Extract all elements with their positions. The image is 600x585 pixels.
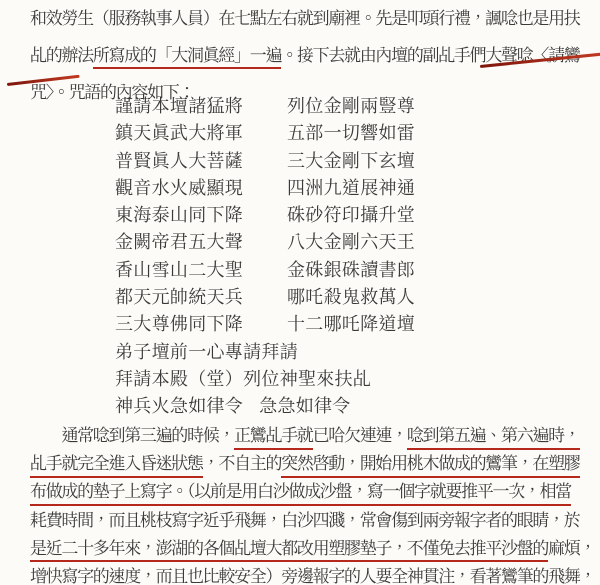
text-line: 布做成的墊子上寫字。（以前是用白沙做成沙盤，寫一個字就要推平一次，相當 [30,478,595,506]
plain-text: 和效勞生（服務執事人員）在七點左右就到廟裡。先是叩頭行禮，諷唸也是用扶 [30,9,580,29]
couplet-right: 硃砂符印攝升堂 [287,205,415,226]
couplet-right: 十二哪吒降道壇 [287,314,415,335]
red-underlined-phrase: 乩手就完全進入昏迷狀態 [30,454,203,478]
couplet-left: 金闕帝君五大聲 [115,229,287,256]
plain-text: 已哈欠連連， [313,426,407,446]
plain-text: 拜請本殿（堂）列位神聖來扶乩 [115,369,371,390]
plain-text: 。接下去就由內壇的副乩手們大聲唸〈請鸞 [281,46,579,66]
couplet-left: 三大尊佛同下降 [115,311,287,338]
text-line: 通常唸到第三遍的時候，正鸞乩手就已哈欠連連，唸到第五遍、第六遍時， [30,422,595,450]
chant-closing-line: 弟子壇前一心專請拜請 [115,339,415,366]
couplet-row: 金闕帝君五大聲八大金剛六天王 [115,229,415,256]
plain-text: 的飛舞， [532,567,595,585]
couplet-row: 香山雪山二大聖金硃銀硃讀書郎 [115,257,415,284]
red-underlined-phrase: 突然啓動，開始用桃木做成的鸞筆，在塑膠 [281,454,579,478]
chant-verse-block: 謹請本壇諸猛將列位金剛兩豎尊 鎮天眞武大將軍五部一切響如雷 普賢眞人大菩薩三大金… [115,93,415,421]
red-underlined-phrase: 旁邊報字的人要全神貫注 [281,567,454,585]
couplet-left: 觀音水火威顯現 [115,175,287,202]
plain-text: 增快寫字的速度，而且也比較安全） [30,567,281,585]
text-line: 乩的辦法所寫成的「大洞眞經」一遍。接下去就由內壇的副乩手們大聲唸〈請鸞 [30,38,580,75]
couplet-right: 列位金剛兩豎尊 [287,96,415,117]
couplet-left: 香山雪山二大聖 [115,257,287,284]
couplet-row: 東海泰山同下降硃砂符印攝升堂 [115,202,415,229]
plain-text: 急急如律令 [259,393,351,420]
couplet-left: 鎮天眞武大將軍 [115,120,287,147]
red-underlined-phrase: 是近二十多年來，澎湖的各個乩壇大都改用塑膠墊子，不僅免去推平沙盤的 [30,539,548,563]
couplet-row: 觀音水火威顯現四洲九道展神通 [115,175,415,202]
text-line: 耗費時間，而且桃枝寫字近乎飛舞，白沙四濺，常會傷到兩旁報字者的眼睛，於 [30,507,595,535]
couplet-row: 都天元帥統天兵哪吒殺鬼救萬人 [115,284,415,311]
couplet-left: 謹請本壇諸猛將 [115,93,287,120]
plain-text: 神兵火急如律令 [115,396,243,417]
text-line: 乩手就完全進入昏迷狀態，不自主的突然啓動，開始用桃木做成的鸞筆，在塑膠 [30,450,595,478]
couplet-right: 金硃銀硃讀書郎 [287,260,415,281]
red-underlined-phrase: 唸到第五遍、第六遍時， [407,426,580,450]
couplet-left: 普賢眞人大菩薩 [115,148,287,175]
red-underlined-phrase: 看著鸞筆 [470,567,533,585]
closing-paragraph: 通常唸到第三遍的時候，正鸞乩手就已哈欠連連，唸到第五遍、第六遍時， 乩手就完全進… [30,422,595,585]
couplet-row: 謹請本壇諸猛將列位金剛兩豎尊 [115,93,415,120]
couplet-right: 五部一切響如雷 [287,123,415,144]
couplet-right: 四洲九道展神通 [287,178,415,199]
plain-text: ， [454,567,470,585]
couplet-right: 三大金剛下玄壇 [287,151,415,172]
red-underlined-phrase: 布做成的墊子上寫字。（以前是用白沙做成沙盤，寫一個字就要推平一次，相當 [30,482,571,506]
text-line: 增快寫字的速度，而且也比較安全）旁邊報字的人要全神貫注，看著鸞筆的飛舞， [30,563,595,585]
text-line: 是近二十多年來，澎湖的各個乩壇大都改用塑膠墊子，不僅免去推平沙盤的麻煩， [30,535,595,563]
plain-text: ，不自主的 [203,454,282,474]
couplet-left: 東海泰山同下降 [115,202,287,229]
couplet-right: 八大金剛六天王 [287,232,415,253]
red-underlined-phrase: 正鸞乩手就 [234,426,313,450]
plain-text: 耗費時間，而且桃枝寫字近乎飛舞，白沙四濺，常會傷到兩旁報字者的眼睛，於 [30,511,580,531]
text-line: 和效勞生（服務執事人員）在七點左右就到廟裡。先是叩頭行禮，諷唸也是用扶 [30,1,580,38]
couplet-row: 鎮天眞武大將軍五部一切響如雷 [115,120,415,147]
plain-text: 麻煩， [548,539,595,559]
document-page: 和效勞生（服務執事人員）在七點左右就到廟裡。先是叩頭行禮，諷唸也是用扶 乩的辦法… [0,0,600,585]
red-underlined-phrase: 所寫成的「大洞眞經」一遍 [93,46,281,70]
chant-closing-line: 拜請本殿（堂）列位神聖來扶乩 [115,366,415,393]
couplet-right: 哪吒殺鬼救萬人 [287,287,415,308]
couplet-row: 普賢眞人大菩薩三大金剛下玄壇 [115,148,415,175]
plain-text: 弟子壇前一心專請拜請 [115,342,298,363]
plain-text: 通常唸到第三遍的時候， [30,426,234,446]
chant-closing-line: 神兵火急如律令急急如律令 [115,393,415,420]
couplet-left: 都天元帥統天兵 [115,284,287,311]
couplet-row: 三大尊佛同下降十二哪吒降道壇 [115,311,415,338]
plain-text: 乩的辦法 [30,46,93,66]
